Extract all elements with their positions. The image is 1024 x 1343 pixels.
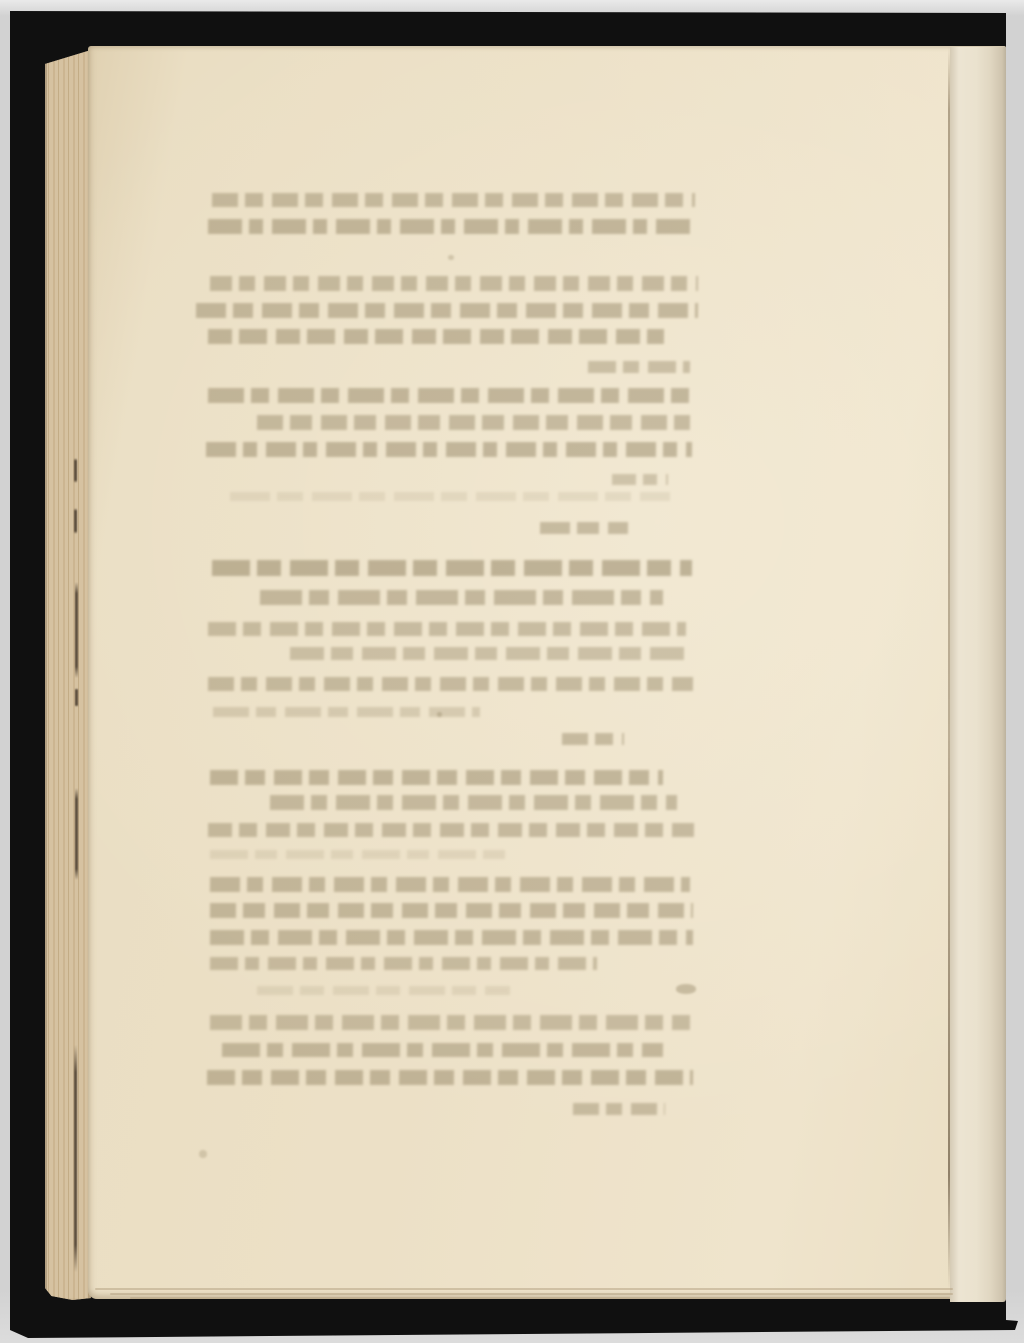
showthrough-mark — [199, 1150, 207, 1158]
showthrough-line — [208, 677, 693, 691]
showthrough-line — [208, 219, 695, 234]
page-bottom-edge-line — [130, 1297, 950, 1299]
binding-section-mark — [75, 582, 78, 678]
showthrough-mark — [437, 712, 442, 717]
binding-section-mark — [74, 1045, 77, 1272]
binding-section-mark — [75, 788, 78, 880]
showthrough-line — [210, 957, 597, 970]
showthrough-line — [573, 1103, 665, 1115]
showthrough-line — [257, 986, 510, 995]
showthrough-line — [208, 823, 694, 837]
scanned-book-spread — [0, 0, 1024, 1343]
showthrough-line — [208, 388, 690, 403]
showthrough-line — [212, 560, 692, 576]
page-bottom-edge-line — [95, 1288, 953, 1290]
showthrough-line — [222, 1043, 663, 1057]
page-gutter-curl — [950, 47, 1006, 1302]
showthrough-line — [210, 770, 663, 785]
showthrough-line — [210, 877, 690, 892]
showthrough-line — [588, 361, 690, 373]
showthrough-line — [230, 492, 670, 501]
page-bottom-edge-line — [110, 1293, 953, 1295]
showthrough-mark — [676, 984, 696, 994]
showthrough-line — [208, 622, 686, 636]
showthrough-line — [207, 1070, 693, 1085]
page-fold-line — [948, 47, 950, 1301]
showthrough-line — [612, 474, 668, 485]
showthrough-line — [210, 930, 693, 945]
showthrough-mark — [448, 255, 454, 260]
showthrough-line — [210, 850, 510, 859]
showthrough-line — [210, 276, 698, 291]
showthrough-line — [210, 1015, 690, 1030]
binding-section-mark — [74, 508, 77, 534]
showthrough-line — [290, 647, 687, 660]
showthrough-line — [206, 442, 692, 457]
showthrough-line — [210, 903, 693, 918]
showthrough-line — [212, 193, 695, 207]
showthrough-line — [260, 590, 663, 605]
showthrough-line — [562, 733, 624, 745]
showthrough-line — [257, 415, 690, 430]
page-edge-stack — [45, 50, 91, 1300]
showthrough-line — [540, 522, 628, 534]
showthrough-line — [270, 795, 677, 810]
showthrough-line — [196, 303, 698, 318]
binding-section-mark — [74, 458, 77, 483]
showthrough-line — [208, 329, 664, 344]
binding-section-mark — [75, 688, 78, 707]
